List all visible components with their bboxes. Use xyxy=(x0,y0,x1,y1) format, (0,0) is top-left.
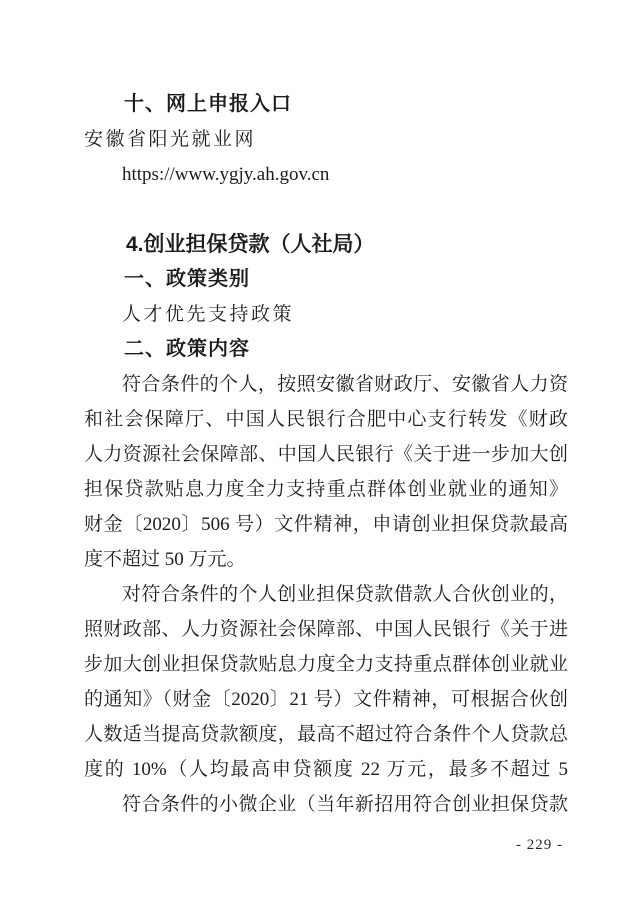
site-url-text: https://www.ygjy.ah.gov.cn xyxy=(84,157,568,192)
para1-line: 担保贷款贴息力度全力支持重点群体创业就业的通知》（皖 xyxy=(84,472,568,507)
spacer-row xyxy=(84,192,568,227)
para2-line: 步加大创业担保贷款贴息力度全力支持重点群体创业就业 xyxy=(84,647,568,682)
para2-line: 对符合条件的个人创业担保贷款借款人合伙创业的，按 xyxy=(84,577,568,612)
para1-line: 和社会保障厅、中国人民银行合肥中心支行转发《财政部、 xyxy=(84,402,568,437)
para2-line: 照财政部、人力资源社会保障部、中国人民银行《关于进一 xyxy=(84,612,568,647)
page-number: - 229 - xyxy=(84,835,568,855)
para2-line: 人数适当提高贷款额度，最高不超过符合条件个人贷款总额 xyxy=(84,717,568,752)
policy-category-heading: 一、政策类别 xyxy=(84,262,568,297)
policy-content-heading: 二、政策内容 xyxy=(84,332,568,367)
document-page: 十、网上申报入口 安徽省阳光就业网 https://www.ygjy.ah.go… xyxy=(0,0,642,907)
para1-line: 财金〔2020〕506 号）文件精神，申请创业担保贷款最高额 xyxy=(84,507,568,542)
para1-line: 度不超过 50 万元。 xyxy=(84,542,568,577)
loan-section-title: 4.创业担保贷款（人社局） xyxy=(84,227,568,262)
policy-category-text: 人才优先支持政策 xyxy=(84,297,568,332)
site-name-text: 安徽省阳光就业网 xyxy=(84,122,568,157)
para2-line: 度的 10%（人均最高申贷额度 22 万元，最多不超过 5 人）。 xyxy=(84,752,568,787)
para2-line: 的通知》（财金〔2020〕21 号）文件精神，可根据合伙创业 xyxy=(84,682,568,717)
para1-line: 人力资源社会保障部、中国人民银行《关于进一步加大创业 xyxy=(84,437,568,472)
online-application-heading: 十、网上申报入口 xyxy=(84,87,568,122)
para1-line: 符合条件的个人，按照安徽省财政厅、安徽省人力资源 xyxy=(84,367,568,402)
para3-line: 符合条件的小微企业（当年新招用符合创业担保贷款申 xyxy=(84,787,568,822)
